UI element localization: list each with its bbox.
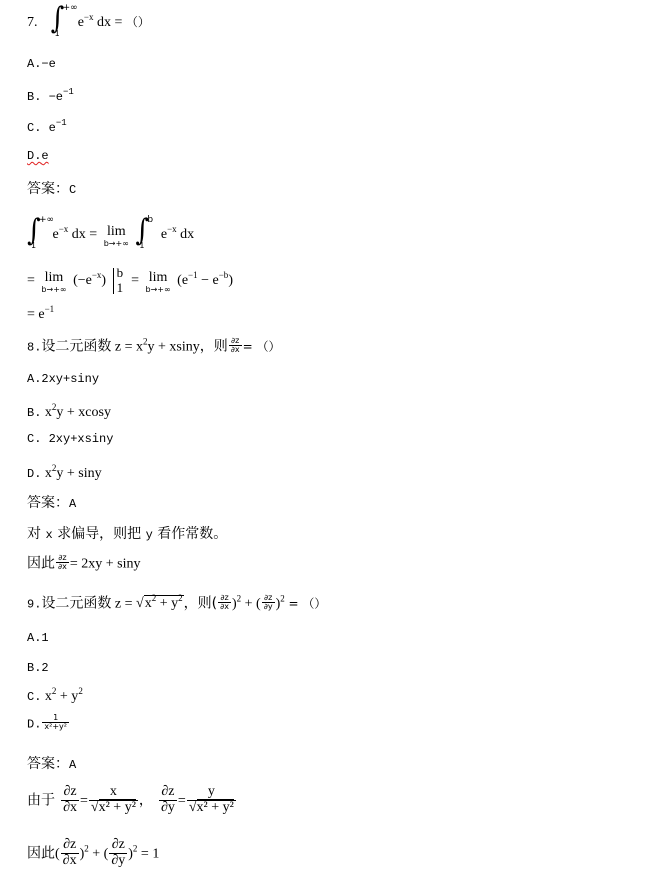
q9-answer: 答案：A (27, 755, 76, 771)
limit: limb→+∞ (41, 271, 66, 295)
spellcheck-underline: D.e (27, 149, 49, 163)
limit: limb→+∞ (104, 225, 129, 249)
fraction: x√x² + y² (89, 785, 138, 815)
q9-option-c: C. x2 + y2 (27, 687, 83, 704)
q7-solution-line-2: = limb→+∞ (−e−x) b1 = limb→+∞ (e−1 − e−b… (27, 268, 233, 295)
partial-derivative-x: ∂z∂x (61, 785, 79, 815)
square-root: √x2 + y2 (136, 594, 184, 611)
q8-explanation: 对 x 求偏导，则把 y 看作常数。 (27, 525, 227, 541)
integral: ∫ b 1 (135, 220, 157, 248)
integral: ∫ +∞ 1 (27, 220, 49, 248)
q9-since: 由于 ∂z∂x=x√x² + y²， ∂z∂y=y√x² + y² (27, 785, 237, 815)
q8-option-b: B. x2y + xcosy (27, 403, 111, 420)
partial-derivative-x: ∂z∂x (218, 594, 231, 612)
q8-option-a: A.2xy+siny (27, 373, 99, 385)
answer-blank: = （） (243, 339, 281, 353)
evaluation-bar: b1 (113, 268, 128, 294)
question-number: 9. (27, 597, 41, 611)
q9-option-b: B.2 (27, 662, 49, 674)
q7-option-b: B. −e−1 (27, 88, 74, 103)
q7-solution-line-3: = e−1 (27, 305, 54, 322)
answer-blank: （） (126, 15, 150, 29)
q7-solution-line-1: ∫ +∞ 1 e−x dx = limb→+∞ ∫ b 1 e−x dx (27, 220, 194, 249)
partial-derivative-y: ∂z∂y (262, 594, 275, 612)
integral: ∫ +∞ 1 (51, 8, 73, 36)
partial-derivative-y: ∂z∂y (159, 785, 177, 815)
q9-result: 因此(∂z∂x)2 + (∂z∂y)2 = 1 (27, 838, 159, 868)
q8-option-d: D. x2y + siny (27, 464, 102, 481)
answer-blank: = （） (285, 596, 327, 610)
q7-option-c: C. e−1 (27, 119, 67, 134)
q7-option-d: D.e (27, 150, 49, 162)
limit: limb→+∞ (146, 271, 171, 295)
q9-option-d: D.1x²+y² (27, 714, 70, 732)
q8-result: 因此∂z∂x= 2xy + siny (27, 554, 141, 572)
question-8-stem: 8.设二元函数 z = x2y + xsiny，则∂z∂x= （） (27, 337, 281, 355)
fraction: 1x²+y² (42, 714, 69, 732)
q7-answer: 答案：C (27, 180, 76, 196)
question-number: 7. (27, 15, 38, 30)
q8-option-c: C. 2xy+xsiny (27, 433, 113, 445)
partial-derivative: ∂z∂x (229, 337, 242, 355)
partial-derivative-x: ∂z∂x (61, 838, 79, 868)
q8-answer: 答案：A (27, 494, 76, 510)
fraction: y√x² + y² (187, 785, 236, 815)
partial-derivative-y: ∂z∂y (109, 838, 127, 868)
question-number: 8. (27, 340, 41, 354)
partial-derivative: ∂z∂x (56, 554, 69, 572)
q9-option-a: A.1 (27, 632, 49, 644)
q7-option-a: A.−e (27, 58, 56, 70)
question-7-stem: 7. ∫ +∞ 1 e−x dx = （） (27, 8, 150, 36)
question-9-stem: 9.设二元函数 z = √x2 + y2，则(∂z∂x)2 + (∂z∂y)2 … (27, 594, 326, 612)
